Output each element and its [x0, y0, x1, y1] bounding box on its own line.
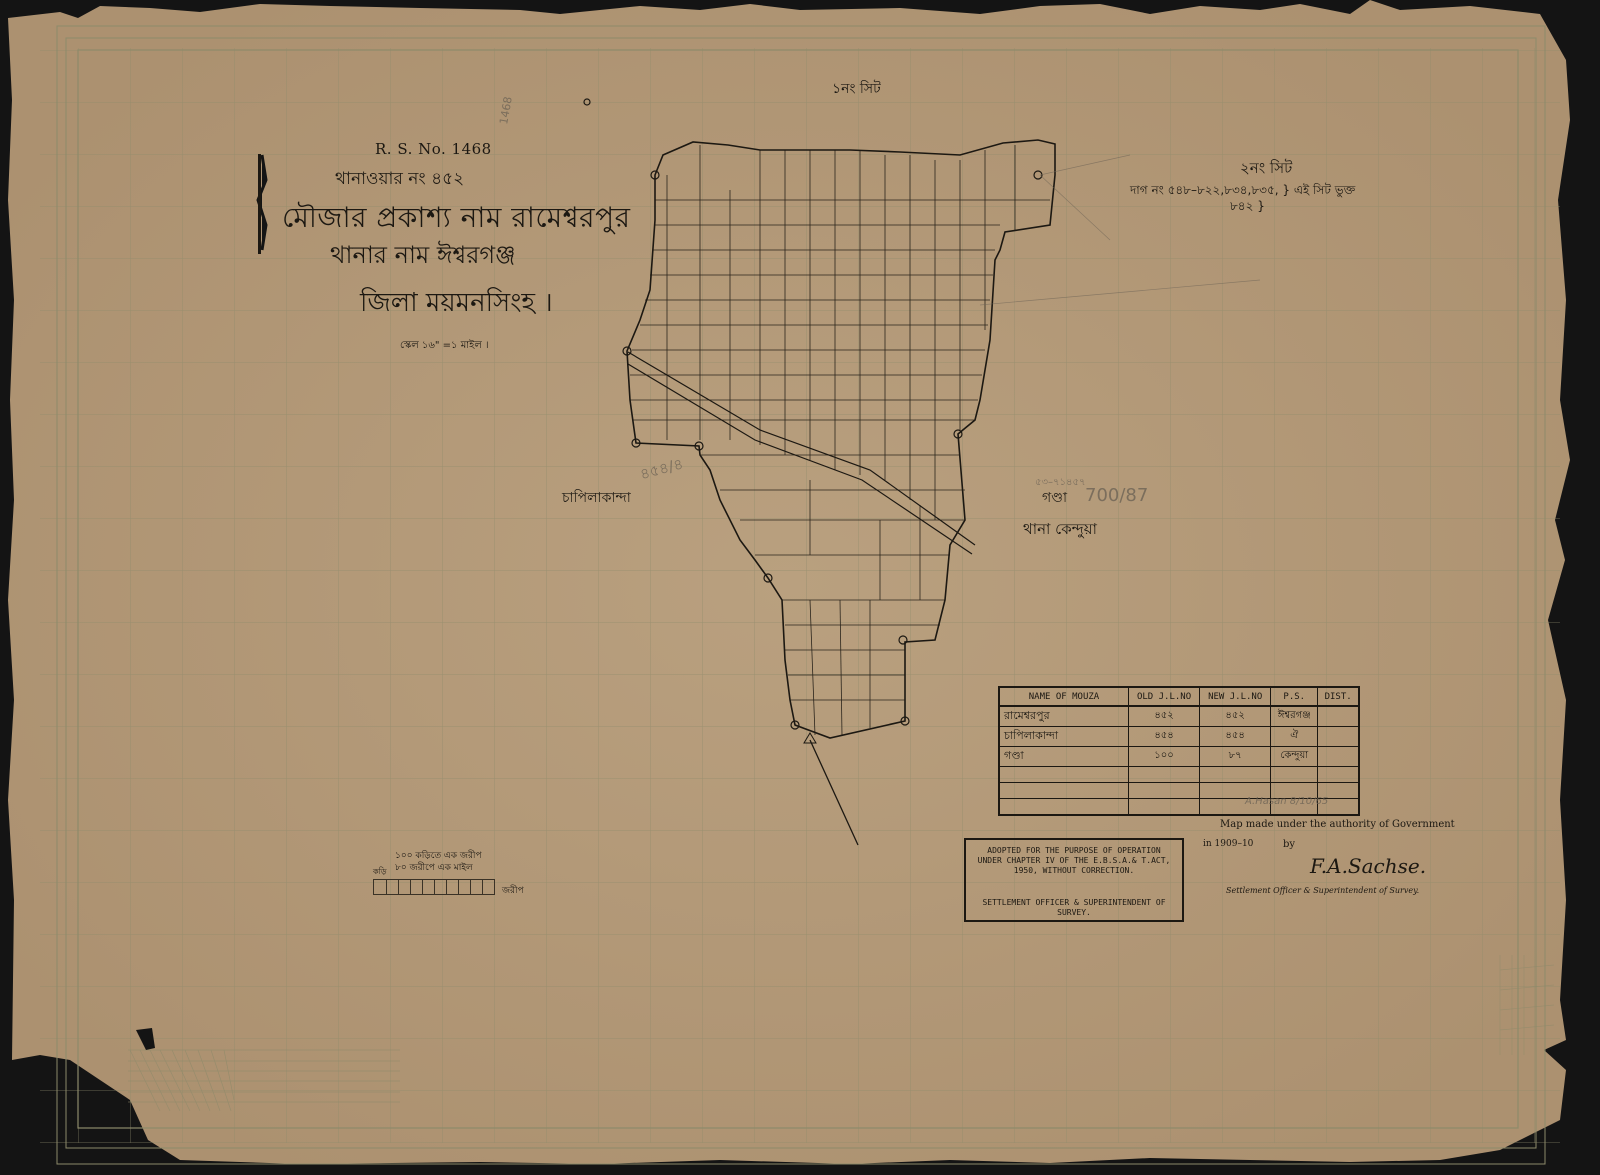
- pencil-signature: A.Hasan 8/10/65: [1245, 796, 1328, 807]
- map-scale-note: স্কেল ১৬" =১ মাইল ।: [400, 338, 489, 355]
- authority-text: Map made under the authority of Governme…: [1220, 819, 1455, 830]
- header-new-jl: NEW J.L.NO: [1200, 687, 1271, 706]
- table-row: চাপিলাকান্দা ৪৫৪ ৪৫৪ ঐ: [999, 727, 1359, 747]
- cell-mouza: রামেশ্বরপুর: [999, 706, 1129, 727]
- stamp-line-5: SURVEY.: [966, 908, 1182, 918]
- cell-dist: [1318, 706, 1359, 727]
- thana-wari-number: থানাওয়ার নং ৪৫২: [335, 166, 464, 194]
- survey-year: in 1909–10: [1203, 839, 1253, 849]
- sheet-1-label: ১নং সিট: [832, 77, 881, 101]
- scale-text-2: ৮০ জরীপে এক মাইল: [395, 860, 473, 875]
- cell-dist: [1318, 747, 1359, 767]
- cell-ps: কেন্দুয়া: [1271, 747, 1318, 767]
- officer-designation: Settlement Officer & Superintendent of S…: [1226, 886, 1419, 895]
- table-row: [999, 767, 1359, 783]
- stamp-signature: [966, 876, 1182, 898]
- header-old-jl: OLD J.L.NO: [1129, 687, 1200, 706]
- scale-bar-label: কড়ি: [373, 866, 387, 879]
- title-ornament: [258, 154, 267, 254]
- sheet-2-label: ২নং সিট: [1240, 157, 1292, 182]
- pencil-note-ganda: ৫৩–৭১৪৫৭: [1035, 475, 1085, 492]
- cell-mouza: গণ্ডা: [999, 747, 1129, 767]
- stamp-line-1: ADOPTED FOR THE PURPOSE OF OPERATION: [966, 846, 1182, 856]
- stamp-line-2: UNDER CHAPTER IV OF THE E.B.S.A.& T.ACT,: [966, 856, 1182, 866]
- header-ps: P.S.: [1271, 687, 1318, 706]
- adjacent-mouza-west: চাপিলাকান্দা: [562, 486, 631, 510]
- mouza-name: মৌজার প্রকাশ্য নাম রামেশ্বরপুর: [282, 196, 630, 243]
- adoption-stamp: ADOPTED FOR THE PURPOSE OF OPERATION UND…: [964, 838, 1184, 922]
- header-mouza: NAME OF MOUZA: [999, 687, 1129, 706]
- district-name: জিলা ময়মনসিংহ ।: [360, 282, 553, 326]
- table-row: রামেশ্বরপুর ৪৫২ ৪৫২ ঈশ্বরগঞ্জ: [999, 706, 1359, 727]
- cell-mouza: চাপিলাকান্দা: [999, 727, 1129, 747]
- cell-new-jl: ৪৫২: [1200, 706, 1271, 727]
- cell-old-jl: ৪৫২: [1129, 706, 1200, 727]
- thana-name: থানার নাম ঈশ্বরগঞ্জ: [330, 237, 516, 277]
- stamp-line-4: SETTLEMENT OFFICER & SUPERINTENDENT OF: [966, 898, 1182, 908]
- cell-new-jl: ৮৭: [1200, 747, 1271, 767]
- cell-old-jl: ৪৫৪: [1129, 727, 1200, 747]
- plot-range-note-2: ৮৪২ }: [1230, 198, 1265, 218]
- map-sheet: [0, 0, 1600, 1175]
- cell-dist: [1318, 727, 1359, 747]
- officer-signature: F.A.Sachse.: [1310, 854, 1426, 878]
- scale-bar-unit: জরীপ: [502, 883, 524, 898]
- scale-bar: [373, 879, 495, 895]
- adjacent-thana-east: থানা কেন্দুয়া: [1023, 518, 1097, 543]
- header-dist: DIST.: [1318, 687, 1359, 706]
- rs-number: R. S. No. 1468: [375, 140, 492, 158]
- pencil-note-number: 700/87: [1085, 485, 1148, 506]
- table-row: গণ্ডা ১০০ ৮৭ কেন্দুয়া: [999, 747, 1359, 767]
- stamp-line-3: 1950, WITHOUT CORRECTION.: [966, 866, 1182, 876]
- cell-ps: ঈশ্বরগঞ্জ: [1271, 706, 1318, 727]
- by-label: by: [1283, 839, 1295, 850]
- cell-ps: ঐ: [1271, 727, 1318, 747]
- table-header-row: NAME OF MOUZA OLD J.L.NO NEW J.L.NO P.S.…: [999, 687, 1359, 706]
- cell-new-jl: ৪৫৪: [1200, 727, 1271, 747]
- cell-old-jl: ১০০: [1129, 747, 1200, 767]
